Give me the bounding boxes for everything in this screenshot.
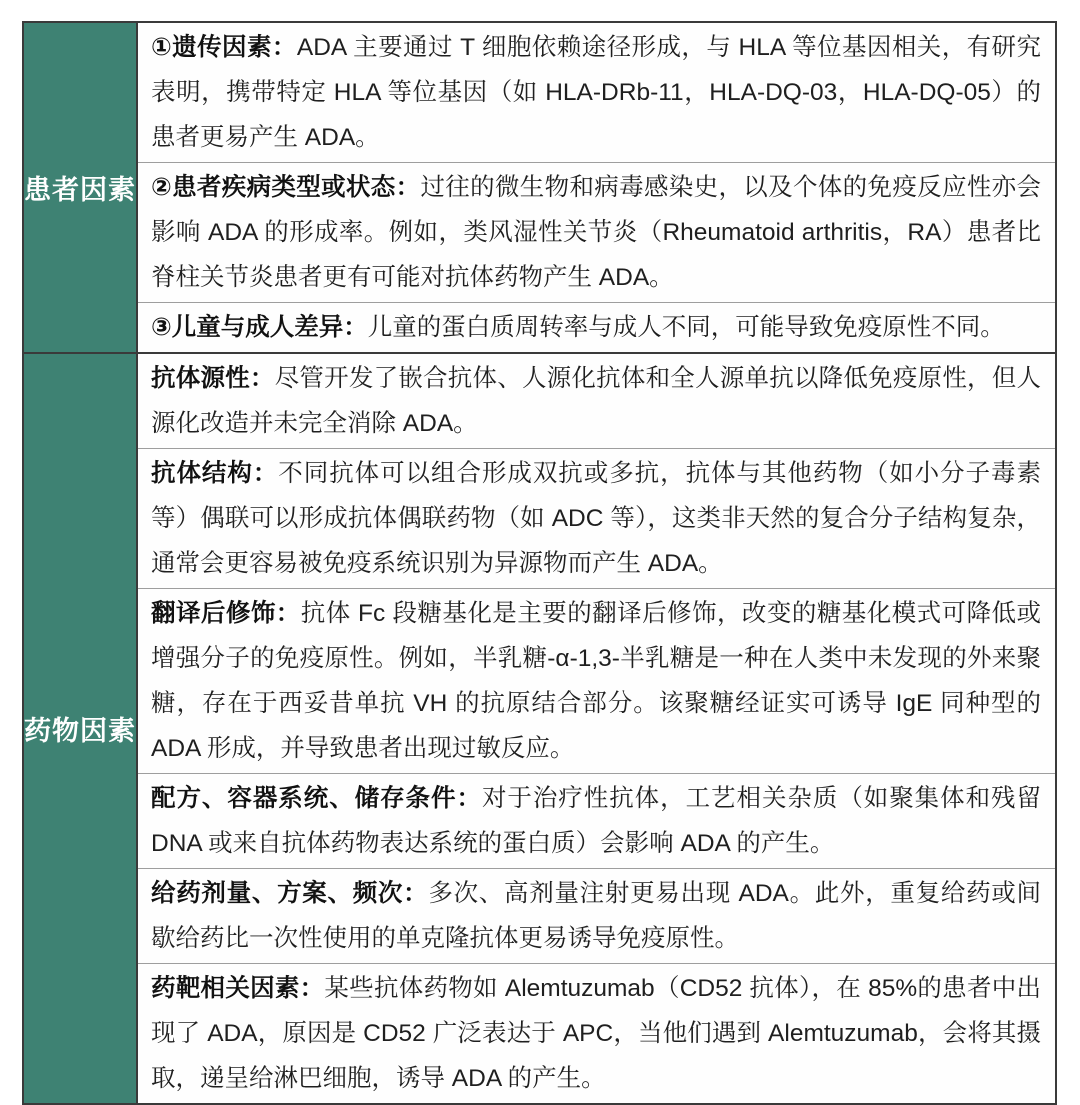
row-label: ①遗传因素： [151,34,297,61]
row-text: 尽管开发了嵌合抗体、人源化抗体和全人源单抗以降低免疫原性，但人源化改造并未完全消… [151,365,1041,437]
section-drug-factors: 药物因素 抗体源性：尽管开发了嵌合抗体、人源化抗体和全人源单抗以降低免疫原性，但… [24,352,1055,1103]
table-row: 抗体源性：尽管开发了嵌合抗体、人源化抗体和全人源单抗以降低免疫原性，但人源化改造… [138,354,1055,448]
section-header-patient-factors: 患者因素 [24,23,138,352]
row-label: 配方、容器系统、储存条件： [151,785,482,812]
table-row: ③儿童与成人差异：儿童的蛋白质周转率与成人不同，可能导致免疫原性不同。 [138,302,1055,352]
section-header-drug-factors: 药物因素 [24,354,138,1103]
row-label: 抗体源性： [151,365,275,392]
table-row: 配方、容器系统、储存条件：对于治疗性抗体，工艺相关杂质（如聚集体和残留 DNA … [138,773,1055,868]
row-text: 儿童的蛋白质周转率与成人不同，可能导致免疫原性不同。 [368,314,1005,341]
section-body-patient-factors: ①遗传因素：ADA 主要通过 T 细胞依赖途径形成，与 HLA 等位基因相关，有… [138,23,1055,352]
row-label: ②患者疾病类型或状态： [151,174,420,201]
row-label: 翻译后修饰： [151,600,301,627]
section-patient-factors: 患者因素 ①遗传因素：ADA 主要通过 T 细胞依赖途径形成，与 HLA 等位基… [24,23,1055,352]
section-body-drug-factors: 抗体源性：尽管开发了嵌合抗体、人源化抗体和全人源单抗以降低免疫原性，但人源化改造… [138,354,1055,1103]
row-label: 药靶相关因素： [151,975,324,1002]
table-row: 给药剂量、方案、频次：多次、高剂量注射更易出现 ADA。此外，重复给药或间歇给药… [138,868,1055,963]
row-text: 不同抗体可以组合形成双抗或多抗，抗体与其他药物（如小分子毒素等）偶联可以形成抗体… [151,460,1041,577]
factors-table: 患者因素 ①遗传因素：ADA 主要通过 T 细胞依赖途径形成，与 HLA 等位基… [22,21,1057,1105]
row-label: 抗体结构： [151,460,278,487]
table-row: ②患者疾病类型或状态：过往的微生物和病毒感染史，以及个体的免疫反应性亦会影响 A… [138,162,1055,302]
row-label: 给药剂量、方案、频次： [151,880,428,907]
table-row: 抗体结构：不同抗体可以组合形成双抗或多抗，抗体与其他药物（如小分子毒素等）偶联可… [138,448,1055,588]
row-label: ③儿童与成人差异： [151,314,368,341]
table-row: ①遗传因素：ADA 主要通过 T 细胞依赖途径形成，与 HLA 等位基因相关，有… [138,23,1055,162]
table-row: 药靶相关因素：某些抗体药物如 Alemtuzumab（CD52 抗体），在 85… [138,963,1055,1103]
table-row: 翻译后修饰：抗体 Fc 段糖基化是主要的翻译后修饰，改变的糖基化模式可降低或增强… [138,588,1055,773]
